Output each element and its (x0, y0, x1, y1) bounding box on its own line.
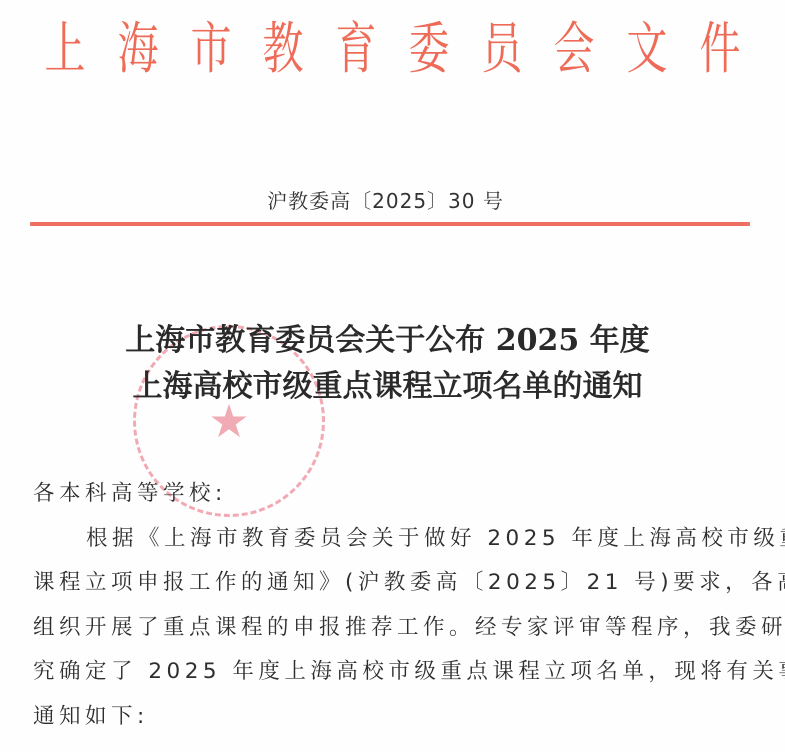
body-line: 根据《上海市教育委员会关于做好 2025 年度上海高校市级重点 (33, 517, 745, 562)
title-line-1: 上海市教育委员会关于公布 2025 年度 (0, 318, 775, 364)
document-number: 沪教委高〔2025〕30 号 (0, 186, 785, 216)
red-divider-rule (30, 222, 750, 226)
masthead-char: 委 (408, 10, 449, 88)
masthead-char: 件 (699, 10, 740, 88)
masthead-char: 海 (117, 10, 158, 88)
issuer-masthead: 上 海 市 教 育 委 员 会 文 件 (40, 14, 745, 84)
body-line: 组织开展了重点课程的申报推荐工作。经专家评审等程序，我委研 (33, 606, 745, 651)
masthead-char: 上 (45, 10, 86, 88)
body-line: 通知如下: (33, 695, 745, 740)
masthead-char: 育 (336, 10, 377, 88)
document-title: 上海市教育委员会关于公布 2025 年度 上海高校市级重点课程立项名单的通知 (0, 318, 785, 410)
masthead-char: 文 (627, 10, 668, 88)
body-line: 究确定了 2025 年度上海高校市级重点课程立项名单，现将有关事项 (33, 650, 745, 695)
masthead-char: 员 (481, 10, 522, 88)
masthead-char: 市 (190, 10, 231, 88)
masthead-char: 会 (554, 10, 595, 88)
masthead-char: 教 (263, 10, 304, 88)
document-body: 各本科高等学校: 根据《上海市教育委员会关于做好 2025 年度上海高校市级重点… (33, 472, 745, 739)
title-line-2: 上海高校市级重点课程立项名单的通知 (0, 364, 775, 410)
body-line: 课程立项申报工作的通知》(沪教委高〔2025〕21 号)要求，各高校 (33, 561, 745, 606)
document-page: 上 海 市 教 育 委 员 会 文 件 沪教委高〔2025〕30 号 ★ 上海市… (0, 0, 785, 752)
salutation: 各本科高等学校: (33, 472, 745, 517)
